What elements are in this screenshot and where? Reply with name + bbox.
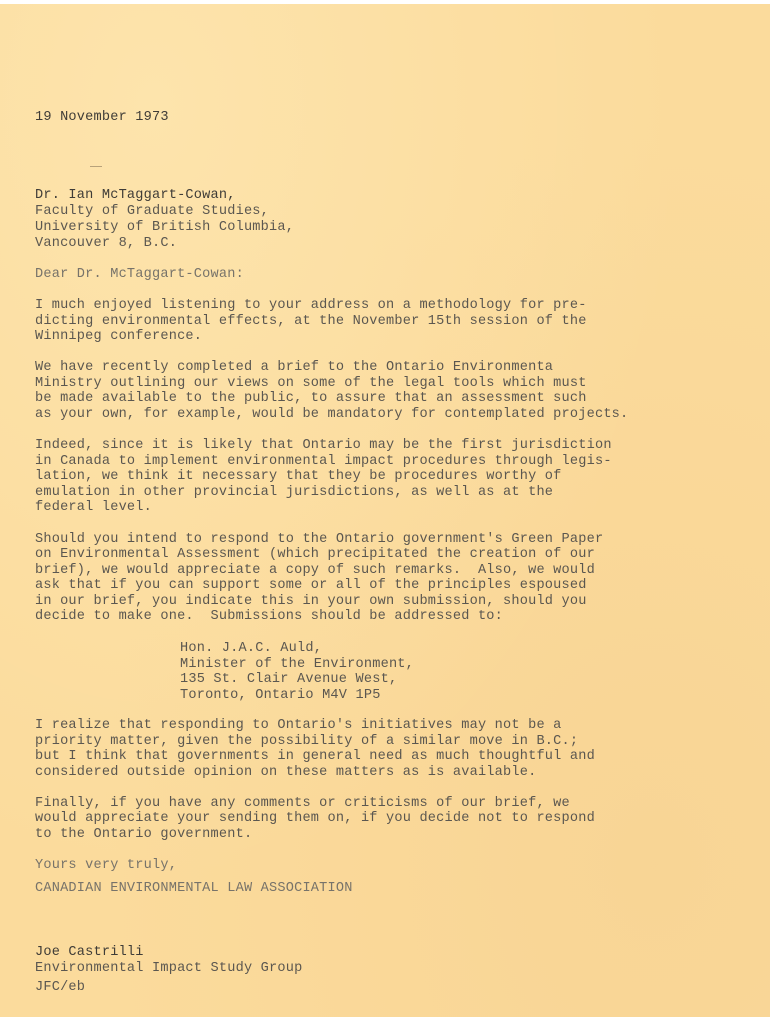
address-line: 135 St. Clair Avenue West, xyxy=(180,672,397,688)
closing: Yours very truly, xyxy=(35,858,177,874)
paragraph-line: on Environmental Assessment (which preci… xyxy=(35,547,595,563)
paragraph-line: as your own, for example, would be manda… xyxy=(35,407,628,423)
recipient-line: Vancouver 8, B.C. xyxy=(35,236,177,252)
paragraph-line: to the Ontario government. xyxy=(35,827,252,843)
paragraph-line: Winnipeg conference. xyxy=(35,329,202,345)
paragraph-line: priority matter, given the possibility o… xyxy=(35,734,578,750)
paragraph-line: considered outside opinion on these matt… xyxy=(35,765,536,781)
paragraph-line: emulation in other provincial jurisdicti… xyxy=(35,485,553,501)
paragraph-line: Finally, if you have any comments or cri… xyxy=(35,796,570,812)
organization-name: CANADIAN ENVIRONMENTAL LAW ASSOCIATION xyxy=(35,881,353,897)
recipient-line: Dr. Ian McTaggart-Cowan, xyxy=(35,188,236,204)
paragraph-line: brief), we would appreciate a copy of su… xyxy=(35,563,595,579)
signer-group: Environmental Impact Study Group xyxy=(35,961,302,977)
paragraph-line: I much enjoyed listening to your address… xyxy=(35,298,587,314)
paragraph-line: in our brief, you indicate this in your … xyxy=(35,594,587,610)
paragraph-line: be made available to the public, to assu… xyxy=(35,391,587,407)
address-line: Hon. J.A.C. Auld, xyxy=(180,641,322,657)
letter-date: 19 November 1973 xyxy=(35,110,169,126)
paragraph-line: Should you intend to respond to the Onta… xyxy=(35,532,603,548)
paragraph-line: decide to make one. Submissions should b… xyxy=(35,609,503,625)
paragraph-line: federal level. xyxy=(35,500,152,516)
paragraph-line: I realize that responding to Ontario's i… xyxy=(35,718,562,734)
signer-name: Joe Castrilli xyxy=(35,945,144,961)
paragraph-line: ask that if you can support some or all … xyxy=(35,578,587,594)
paragraph-line: dicting environmental effects, at the No… xyxy=(35,314,587,330)
paragraph-line: lation, we think it necessary that they … xyxy=(35,469,562,485)
paper-mark xyxy=(90,166,102,167)
recipient-line: Faculty of Graduate Studies, xyxy=(35,204,269,220)
address-line: Toronto, Ontario M4V 1P5 xyxy=(180,688,381,704)
paragraph-line: but I think that governments in general … xyxy=(35,749,595,765)
address-line: Minister of the Environment, xyxy=(180,657,414,673)
paragraph-line: Ministry outlining our views on some of … xyxy=(35,376,587,392)
paragraph-line: in Canada to implement environmental imp… xyxy=(35,454,612,470)
recipient-line: University of British Columbia, xyxy=(35,220,294,236)
reference-initials: JFC/eb xyxy=(35,980,85,996)
paragraph-line: would appreciate your sending them on, i… xyxy=(35,811,595,827)
paragraph-line: We have recently completed a brief to th… xyxy=(35,360,553,376)
paragraph-line: Indeed, since it is likely that Ontario … xyxy=(35,438,612,454)
salutation: Dear Dr. McTaggart-Cowan: xyxy=(35,267,244,283)
